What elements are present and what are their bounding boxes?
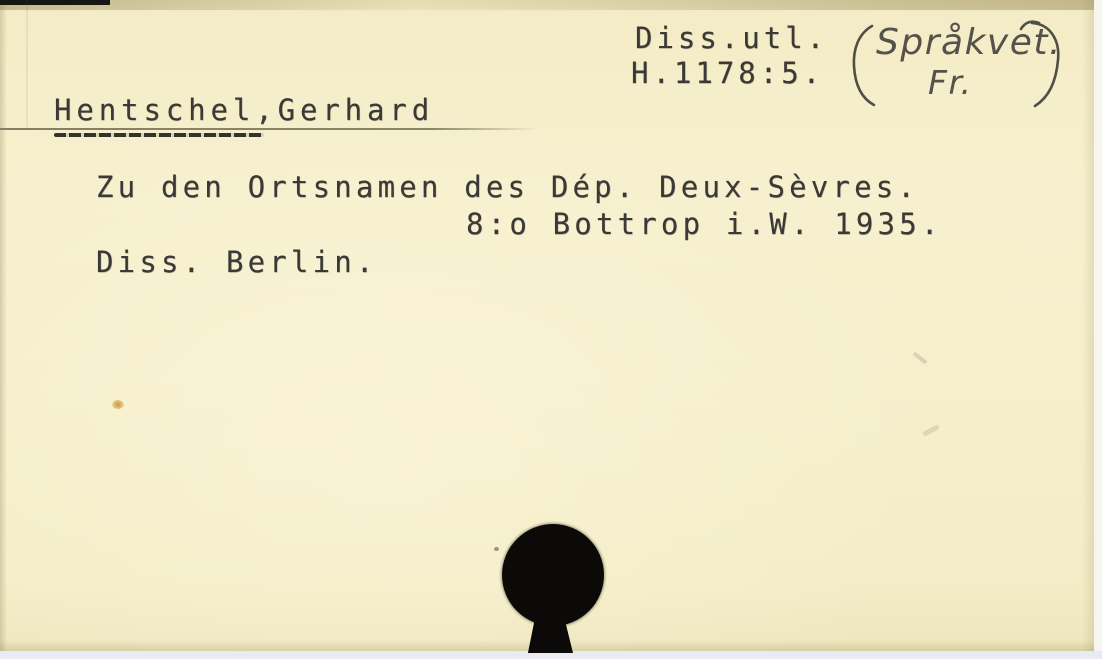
ink-speck (494, 547, 499, 551)
handwritten-language-label: Fr. (928, 63, 973, 102)
open-bracket-stroke (854, 26, 874, 105)
heading-ruled-line (0, 128, 538, 130)
rod-hole (502, 524, 604, 626)
imprint-line: 8:o Bottrop i.W. 1935. (466, 210, 943, 239)
shelfmark-line-1: Diss.utl. (635, 24, 828, 53)
scan-corner-artifact (0, 0, 110, 5)
dissertation-note-line: Diss. Berlin. (96, 248, 378, 277)
heading-dashed-underline (54, 133, 264, 137)
catalog-card-scan: Diss.utl. H.1178:5. Språkvet. Fr. Hentsc… (0, 0, 1102, 659)
title-line: Zu den Ortsnamen des Dép. Deux-Sèvres. (96, 173, 919, 202)
handwritten-subject-label: Språkvet. (876, 22, 1062, 63)
paper-stain-speck (112, 400, 124, 409)
shelfmark-line-2: H.1178:5. (631, 59, 824, 88)
author-heading: Hentschel,Gerhard (54, 96, 434, 125)
card-left-edge (0, 0, 7, 651)
card-crease (26, 0, 28, 128)
handwritten-note: Språkvet. Fr. (820, 2, 1098, 116)
